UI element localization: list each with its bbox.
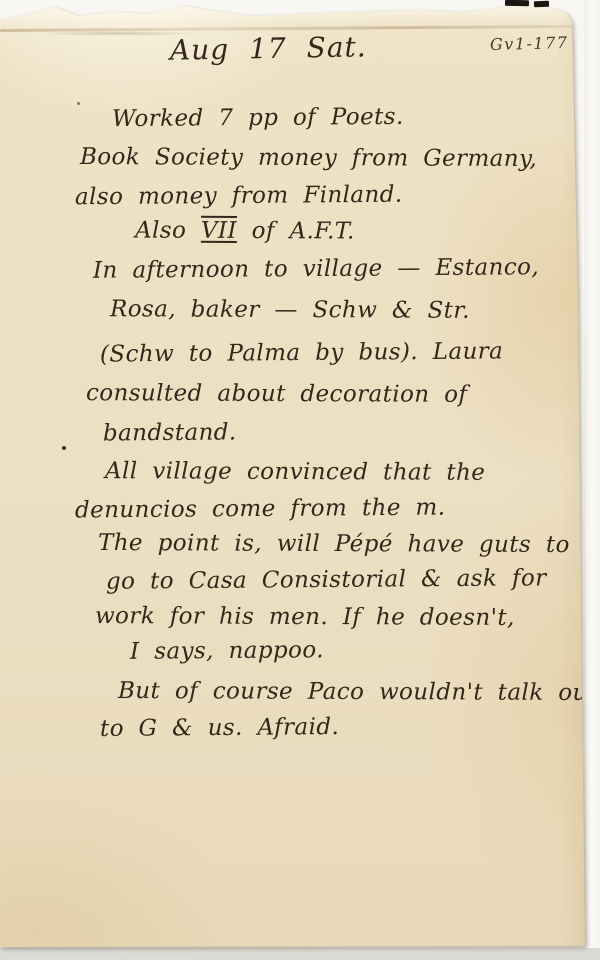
handwriting-text: But of course Paco wouldn't talk out: [118, 678, 597, 706]
handwriting-text: to G & us. Afraid.: [100, 714, 339, 742]
handwriting-line: Worked 7 pp of Poets.: [112, 104, 404, 132]
underlined-roman-numeral: VII: [201, 218, 237, 244]
ink-dot: [77, 102, 80, 105]
handwriting-text: also money from Finland.: [75, 182, 403, 211]
handwriting-line: Also VII of A.F.T.: [135, 218, 355, 245]
handwriting-line: consulted about decoration of: [86, 380, 467, 408]
torn-edge-highlight: [0, 5, 572, 28]
handwriting-line: denuncios come from the m.: [75, 495, 446, 524]
handwriting-line: also money from Finland.: [75, 182, 403, 211]
handwriting-text: of A.F.T.: [237, 218, 355, 245]
diary-date-heading: Aug 17 Sat.: [170, 30, 367, 66]
handwriting-text: go to Casa Consistorial & ask for: [106, 565, 547, 594]
archive-reference-number: Gv1-177: [490, 33, 569, 54]
handwriting-text: I says, nappoo.: [130, 637, 324, 665]
handwriting-text: bandstand.: [103, 419, 237, 446]
handwriting-line: But of course Paco wouldn't talk out: [118, 678, 597, 706]
handwriting-text: All village convinced that the: [105, 458, 485, 486]
handwriting-line: bandstand.: [103, 419, 237, 446]
handwriting-text: The point is, will Pépé have guts to: [98, 530, 570, 558]
handwriting-text: work for his men. If he doesn't,: [95, 603, 515, 631]
handwriting-text: denuncios come from the m.: [75, 495, 446, 524]
ink-dot: [62, 446, 66, 450]
handwriting-line: All village convinced that the: [105, 458, 485, 486]
manuscript-page: Aug 17 Sat. Gv1-177 Worked 7 pp of Poets…: [0, 0, 600, 960]
manuscript-page-wrap: Aug 17 Sat. Gv1-177 Worked 7 pp of Poets…: [0, 0, 600, 960]
handwriting-text: In afternoon to village — Estanco,: [93, 254, 539, 284]
handwriting-text: (Schw to Palma by bus). Laura: [100, 338, 503, 367]
handwriting-line: Book Society money from Germany,: [80, 144, 537, 172]
handwriting-text: Rosa, baker — Schw & Str.: [110, 296, 470, 324]
handwriting-text: Book Society money from Germany,: [80, 144, 537, 172]
handwriting-text: consulted about decoration of: [86, 380, 467, 408]
handwriting-line: I says, nappoo.: [130, 637, 324, 665]
handwriting-text: Also: [135, 218, 201, 244]
handwriting-line: The point is, will Pépé have guts to: [98, 530, 570, 558]
handwriting-line: (Schw to Palma by bus). Laura: [100, 338, 503, 367]
handwriting-line: In afternoon to village — Estanco,: [93, 254, 539, 284]
scan-artifact-mark: [534, 1, 549, 8]
handwriting-line: to G & us. Afraid.: [100, 714, 339, 742]
handwriting-line: Rosa, baker — Schw & Str.: [110, 296, 470, 324]
handwriting-line: go to Casa Consistorial & ask for: [106, 565, 547, 594]
scan-artifact-mark: [505, 0, 529, 6]
handwriting-line: work for his men. If he doesn't,: [95, 603, 515, 631]
handwriting-text: Worked 7 pp of Poets.: [112, 104, 404, 132]
